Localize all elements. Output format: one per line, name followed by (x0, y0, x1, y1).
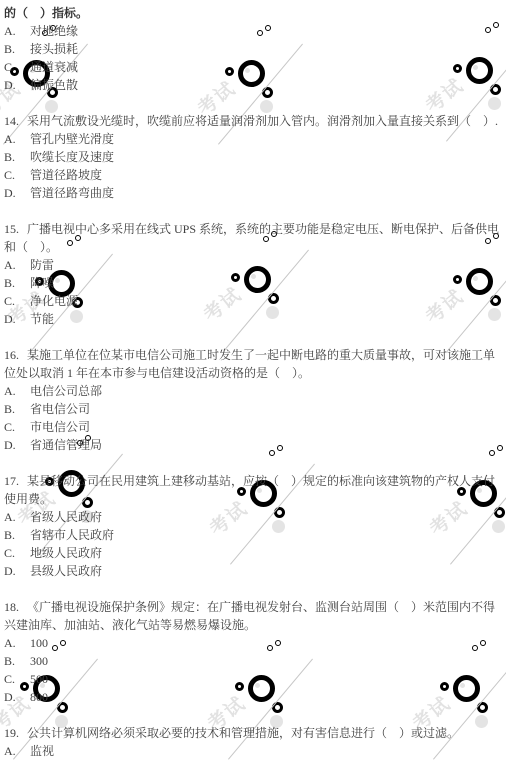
option-label: D. (4, 310, 30, 328)
option-row: B.300 (4, 652, 504, 670)
option-text: 800 (30, 690, 48, 704)
option-row: D.管道径路弯曲度 (4, 184, 504, 202)
option-row: B.省电信公司 (4, 400, 504, 418)
question-block-19: 19.公共计算机网络必须采取必要的技术和管理措施，对有害信息进行（ ）或过滤。 … (4, 724, 504, 760)
option-text: 省辖市人民政府 (30, 528, 114, 542)
option-label: C. (4, 292, 30, 310)
question-stem: 15.广播电视中心多采用在线式 UPS 系统，系统的主要功能是稳定电压、断电保护… (4, 220, 504, 256)
option-text: 吹缆长度及速度 (30, 150, 114, 164)
question-stem-text: 广播电视中心多采用在线式 UPS 系统，系统的主要功能是稳定电压、断电保护、后备… (4, 222, 499, 254)
option-text: 300 (30, 654, 48, 668)
option-label: B. (4, 148, 30, 166)
question-stem: 16.某施工单位在位某市电信公司施工时发生了一起中断电路的重大质量事故，可对该施… (4, 346, 504, 382)
question-stem-text: 某施工单位在位某市电信公司施工时发生了一起中断电路的重大质量事故，可对该施工单位… (4, 348, 495, 380)
option-row: A.省级人民政府 (4, 508, 504, 526)
option-label: B. (4, 526, 30, 544)
option-text: 100 (30, 636, 48, 650)
question-stem: 18.《广播电视设施保护条例》规定：在广播电视发射台、监测台站周围（ ）米范围内… (4, 598, 504, 634)
option-text: 管孔内壁光滑度 (30, 132, 114, 146)
option-text: 管道径路弯曲度 (30, 186, 114, 200)
option-text: 监视 (30, 744, 54, 758)
option-label: A. (4, 130, 30, 148)
option-row: B.省辖市人民政府 (4, 526, 504, 544)
option-row: D.偏振色散 (4, 76, 504, 94)
option-label: B. (4, 40, 30, 58)
option-label: A. (4, 22, 30, 40)
option-text: 接头损耗 (30, 42, 78, 56)
option-text: 偏振色散 (30, 78, 78, 92)
option-label: B. (4, 274, 30, 292)
option-label: C. (4, 544, 30, 562)
option-label: D. (4, 436, 30, 454)
option-row: A.监视 (4, 742, 504, 760)
question-block-17: 17.某县移动公司在民用建筑上建移动基站，应按（ ）规定的标准向该建筑物的产权人… (4, 472, 504, 580)
option-row: B.接头损耗 (4, 40, 504, 58)
question-stem: 17.某县移动公司在民用建筑上建移动基站，应按（ ）规定的标准向该建筑物的产权人… (4, 472, 504, 508)
option-label: A. (4, 508, 30, 526)
question-number: 17. (4, 472, 19, 490)
option-row: A.防雷 (4, 256, 504, 274)
option-label: A. (4, 256, 30, 274)
option-label: A. (4, 382, 30, 400)
option-text: 通道衰减 (30, 60, 78, 74)
question-block-14: 14.采用气流敷设光缆时，吹缆前应将适量润滑剂加入管内。润滑剂加入量直接关系到（… (4, 112, 504, 202)
question-number: 16. (4, 346, 19, 364)
option-row: B.吹缆长度及速度 (4, 148, 504, 166)
option-label: D. (4, 562, 30, 580)
option-row: C.500 (4, 670, 504, 688)
question-stem: 14.采用气流敷设光缆时，吹缆前应将适量润滑剂加入管内。润滑剂加入量直接关系到（… (4, 112, 504, 130)
exam-page: { "page": { "background": "#ffffff", "te… (0, 0, 506, 770)
option-row: D.800 (4, 688, 504, 706)
question-stem-text: 某县移动公司在民用建筑上建移动基站，应按（ ）规定的标准向该建筑物的产权人支付使… (4, 474, 495, 506)
option-label: A. (4, 634, 30, 652)
option-label: C. (4, 670, 30, 688)
question-stem-text: 采用气流敷设光缆时，吹缆前应将适量润滑剂加入管内。润滑剂加入量直接关系到（ ）. (27, 114, 498, 128)
option-text: 地级人民政府 (30, 546, 102, 560)
option-text: 县级人民政府 (30, 564, 102, 578)
question-number: 14. (4, 112, 19, 130)
option-text: 省通信管理局 (30, 438, 102, 452)
lead-question-stem: 的（ ）指标。 (4, 4, 504, 22)
lead-question-block: 的（ ）指标。 A.对地绝缘 B.接头损耗 C.通道衰减 D.偏振色散 (4, 4, 504, 94)
option-text: 节能 (30, 312, 54, 326)
option-row: A.100 (4, 634, 504, 652)
exam-content: 的（ ）指标。 A.对地绝缘 B.接头损耗 C.通道衰减 D.偏振色散 14.采… (0, 0, 506, 760)
option-row: C.通道衰减 (4, 58, 504, 76)
option-label: C. (4, 58, 30, 76)
option-row: D.省通信管理局 (4, 436, 504, 454)
option-label: D. (4, 688, 30, 706)
option-label: A. (4, 742, 30, 760)
option-label: B. (4, 652, 30, 670)
option-label: D. (4, 76, 30, 94)
question-number: 15. (4, 220, 19, 238)
option-label: C. (4, 418, 30, 436)
question-number: 18. (4, 598, 19, 616)
option-row: B.降噪 (4, 274, 504, 292)
question-block-16: 16.某施工单位在位某市电信公司施工时发生了一起中断电路的重大质量事故，可对该施… (4, 346, 504, 454)
option-row: C.市电信公司 (4, 418, 504, 436)
option-text: 市电信公司 (30, 420, 90, 434)
option-text: 对地绝缘 (30, 24, 78, 38)
option-label: C. (4, 166, 30, 184)
question-stem: 19.公共计算机网络必须采取必要的技术和管理措施，对有害信息进行（ ）或过滤。 (4, 724, 504, 742)
option-row: C.管道径路坡度 (4, 166, 504, 184)
option-row: A.管孔内壁光滑度 (4, 130, 504, 148)
question-stem-text: 公共计算机网络必须采取必要的技术和管理措施，对有害信息进行（ ）或过滤。 (27, 726, 459, 740)
option-row: A.对地绝缘 (4, 22, 504, 40)
option-text: 500 (30, 672, 48, 686)
question-stem-text: 《广播电视设施保护条例》规定：在广播电视发射台、监测台站周围（ ）米范围内不得兴… (4, 600, 495, 632)
option-text: 电信公司总部 (30, 384, 102, 398)
option-row: D.县级人民政府 (4, 562, 504, 580)
option-row: D.节能 (4, 310, 504, 328)
option-text: 净化电源 (30, 294, 78, 308)
option-text: 管道径路坡度 (30, 168, 102, 182)
question-block-18: 18.《广播电视设施保护条例》规定：在广播电视发射台、监测台站周围（ ）米范围内… (4, 598, 504, 706)
option-text: 省级人民政府 (30, 510, 102, 524)
option-label: B. (4, 400, 30, 418)
question-number: 19. (4, 724, 19, 742)
option-text: 降噪 (30, 276, 54, 290)
option-text: 防雷 (30, 258, 54, 272)
option-text: 省电信公司 (30, 402, 90, 416)
question-block-15: 15.广播电视中心多采用在线式 UPS 系统，系统的主要功能是稳定电压、断电保护… (4, 220, 504, 328)
option-row: A.电信公司总部 (4, 382, 504, 400)
option-row: C.净化电源 (4, 292, 504, 310)
option-row: C.地级人民政府 (4, 544, 504, 562)
option-label: D. (4, 184, 30, 202)
